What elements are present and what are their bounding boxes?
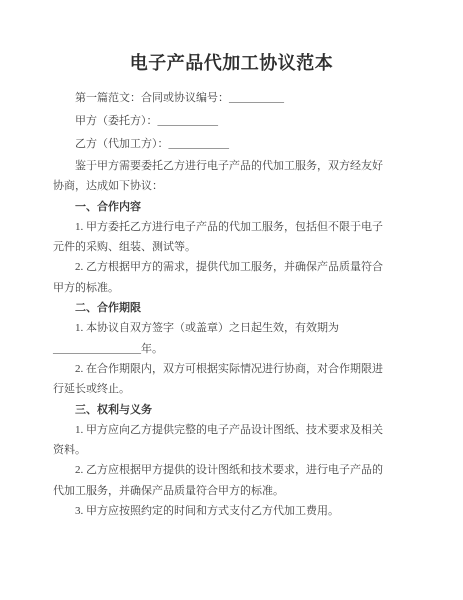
party-a-line: 甲方（委托方）：___________ [53,110,405,133]
party-b-line: 乙方（代加工方）：___________ [53,133,405,156]
contract-number-line: 第一篇范文：合同或协议编号：__________ [53,87,405,110]
clause-3-1: 1. 甲方应向乙方提供完整的电子产品设计图纸、技术要求及相关 资料。 [53,420,405,461]
clause-3-2: 2. 乙方应根据甲方提供的设计图纸和技术要求，进行电子产品的 代加工服务，并确保… [53,460,405,501]
clause-2-2: 2. 在合作期限内，双方可根据实际情况进行协商，对合作期限进 行延长或终止。 [53,359,405,400]
preamble: 鉴于甲方需要委托乙方进行电子产品的代加工服务，双方经友好 协商，达成如下协议： [53,156,405,197]
document-body: 第一篇范文：合同或协议编号：__________甲方（委托方）：________… [53,87,405,521]
clause-3-3: 3. 甲方应按照约定的时间和方式支付乙方代加工费用。 [53,501,405,521]
clause-1-2: 2. 乙方根据甲方的需求，提供代加工服务，并确保产品质量符合 甲方的标准。 [53,257,405,298]
section-3-heading: 三、权利与义务 [53,400,405,420]
clause-1-1: 1. 甲方委托乙方进行电子产品的代加工服务，包括但不限于电子 元件的采购、组装、… [53,217,405,258]
section-2-heading: 二、合作期限 [53,298,405,318]
document-title: 电子产品代加工协议范本 [0,50,463,76]
document-page: 电子产品代加工协议范本 第一篇范文：合同或协议编号：__________甲方（委… [0,0,463,600]
section-1-heading: 一、合作内容 [53,197,405,217]
clause-2-1: 1. 本协议自双方签字（或盖章）之日起生效，有效期为 _____________… [53,318,405,359]
